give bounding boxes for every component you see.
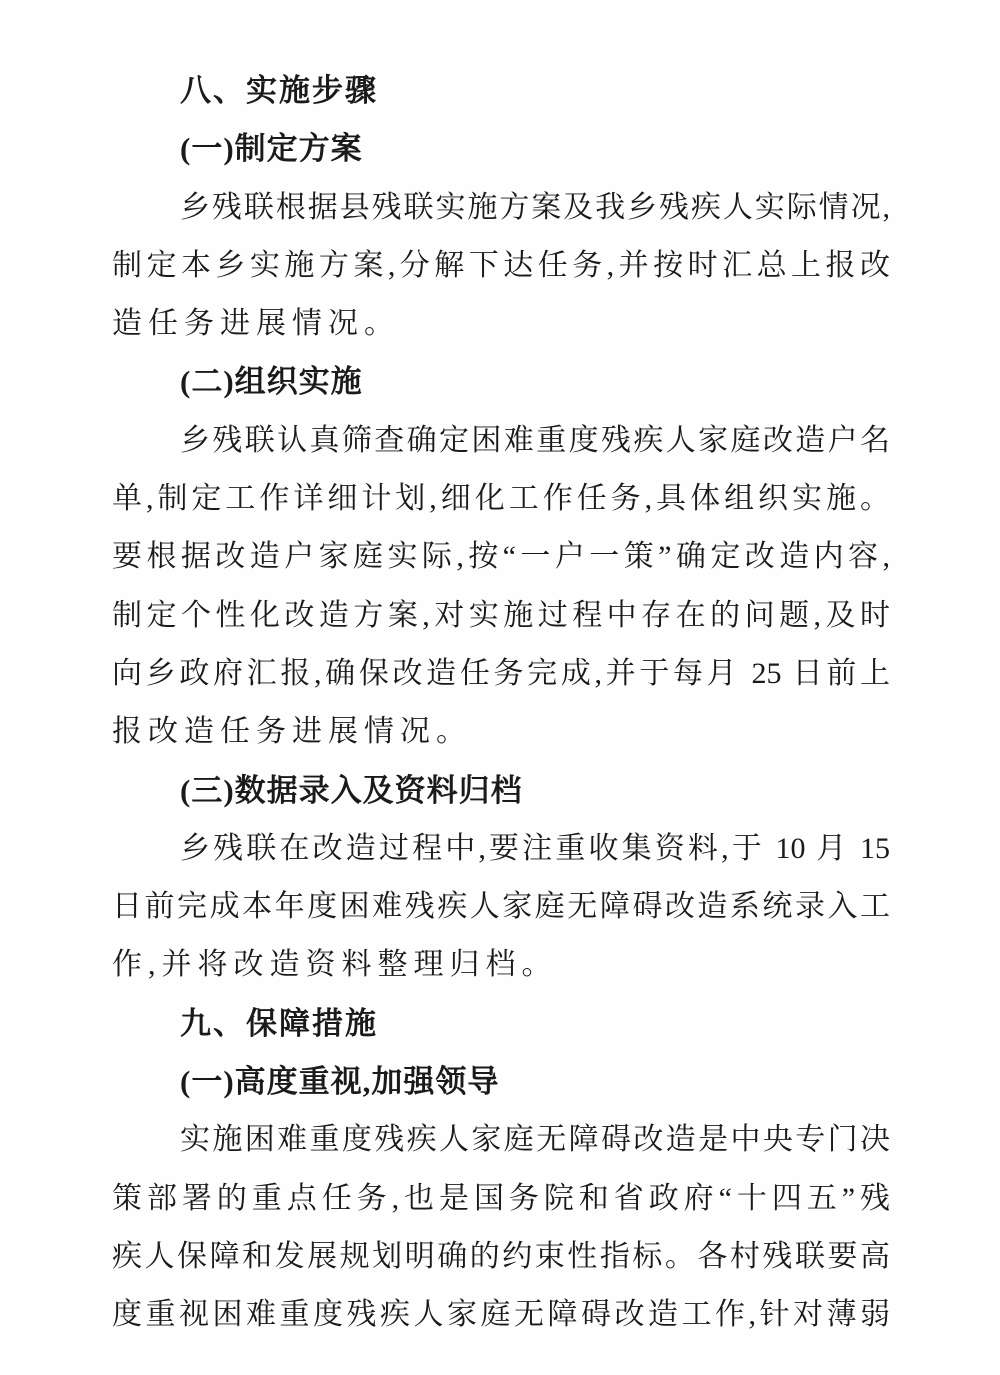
text-line: 要根据改造户家庭实际,按“一户一策”确定改造内容, xyxy=(112,528,890,586)
text-line: 单,制定工作详细计划,细化工作任务,具体组织实施。 xyxy=(112,470,890,528)
text-line: 造任务进展情况。 xyxy=(112,295,890,353)
text-line: 作,并将改造资料整理归档。 xyxy=(112,936,890,994)
text-line: 乡残联认真筛查确定困难重度残疾人家庭改造户名 xyxy=(112,412,890,470)
text-line: 乡残联在改造过程中,要注重收集资料,于 10 月 15 xyxy=(112,820,890,878)
text-line: 实施困难重度残疾人家庭无障碍改造是中央专门决 xyxy=(112,1111,890,1169)
subsection-heading: (三)数据录入及资料归档 xyxy=(112,762,890,820)
document-page: 八、实施步骤(一)制定方案乡残联根据县残联实施方案及我乡残疾人实际情况,制定本乡… xyxy=(0,0,1000,1375)
subsection-heading: (一)高度重视,加强领导 xyxy=(112,1053,890,1111)
subsection-heading: (一)制定方案 xyxy=(112,120,890,178)
text-line: 疾人保障和发展规划明确的约束性指标。各村残联要高 xyxy=(112,1228,890,1286)
text-line: 制定本乡实施方案,分解下达任务,并按时汇总上报改 xyxy=(112,237,890,295)
text-line: 报改造任务进展情况。 xyxy=(112,703,890,761)
text-line: 日前完成本年度困难残疾人家庭无障碍改造系统录入工 xyxy=(112,878,890,936)
text-line: 制定个性化改造方案,对实施过程中存在的问题,及时 xyxy=(112,587,890,645)
text-line: 度重视困难重度残疾人家庭无障碍改造工作,针对薄弱 xyxy=(112,1286,890,1344)
subsection-heading: (二)组织实施 xyxy=(112,353,890,411)
text-line: 策部署的重点任务,也是国务院和省政府“十四五”残 xyxy=(112,1170,890,1228)
text-line: 乡残联根据县残联实施方案及我乡残疾人实际情况, xyxy=(112,179,890,237)
section-heading: 九、保障措施 xyxy=(112,995,890,1053)
section-heading: 八、实施步骤 xyxy=(112,62,890,120)
text-line: 向乡政府汇报,确保改造任务完成,并于每月 25 日前上 xyxy=(112,645,890,703)
